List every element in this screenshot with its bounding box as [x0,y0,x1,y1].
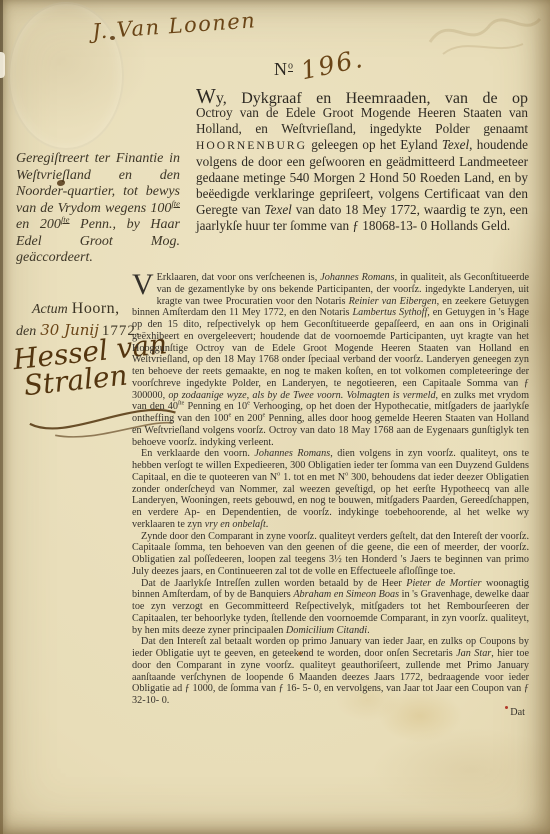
paragraph-1-text: Erklaaren, dat voor ons verſcheenen is, … [132,272,529,448]
body-text: VErklaaren, dat voor ons verſcheenen is,… [132,272,529,719]
heading-text: Octroy van de Edele Groot Mogende Heeren… [196,105,528,234]
body-paragraph-2: En verklaarde den voorn. Johannes Romans… [132,448,529,530]
ink-showthrough-marks [425,6,545,58]
actum-den: den [16,324,36,339]
dropcap-initial: V [132,272,157,296]
actum-word: Actum [32,302,68,317]
actum-place: Hoorn, [72,300,120,317]
ink-speck [298,652,302,655]
ink-speck [110,36,115,40]
paper-left-edge [0,0,3,834]
top-inscription-signature: J. Van Loonen [91,8,257,43]
body-paragraph-1: VErklaaren, dat voor ons verſcheenen is,… [132,272,529,448]
document-page: J. Van Loonen No 196. Wy, Dykgraaf en He… [0,0,550,834]
document-number: No 196. [274,52,365,81]
number-value-handwritten: 196. [298,44,366,86]
paper-edge-notch [0,52,5,78]
number-label: N [274,59,288,79]
catchword: Dat [132,707,529,719]
body-paragraph-4: Dat de Jaarlykſe Intreſſen zullen worden… [132,578,529,637]
number-ordinal-mark: o [288,61,293,72]
body-paragraph-5: Dat den Intereſt zal betaalt worden op p… [132,636,529,707]
body-paragraph-3: Zynde door den Comparant in zyne voorſz.… [132,531,529,578]
margin-registration-note: Geregiſtreert ter Finantie in Weſtvrieſl… [16,151,180,267]
red-speck [505,706,508,709]
